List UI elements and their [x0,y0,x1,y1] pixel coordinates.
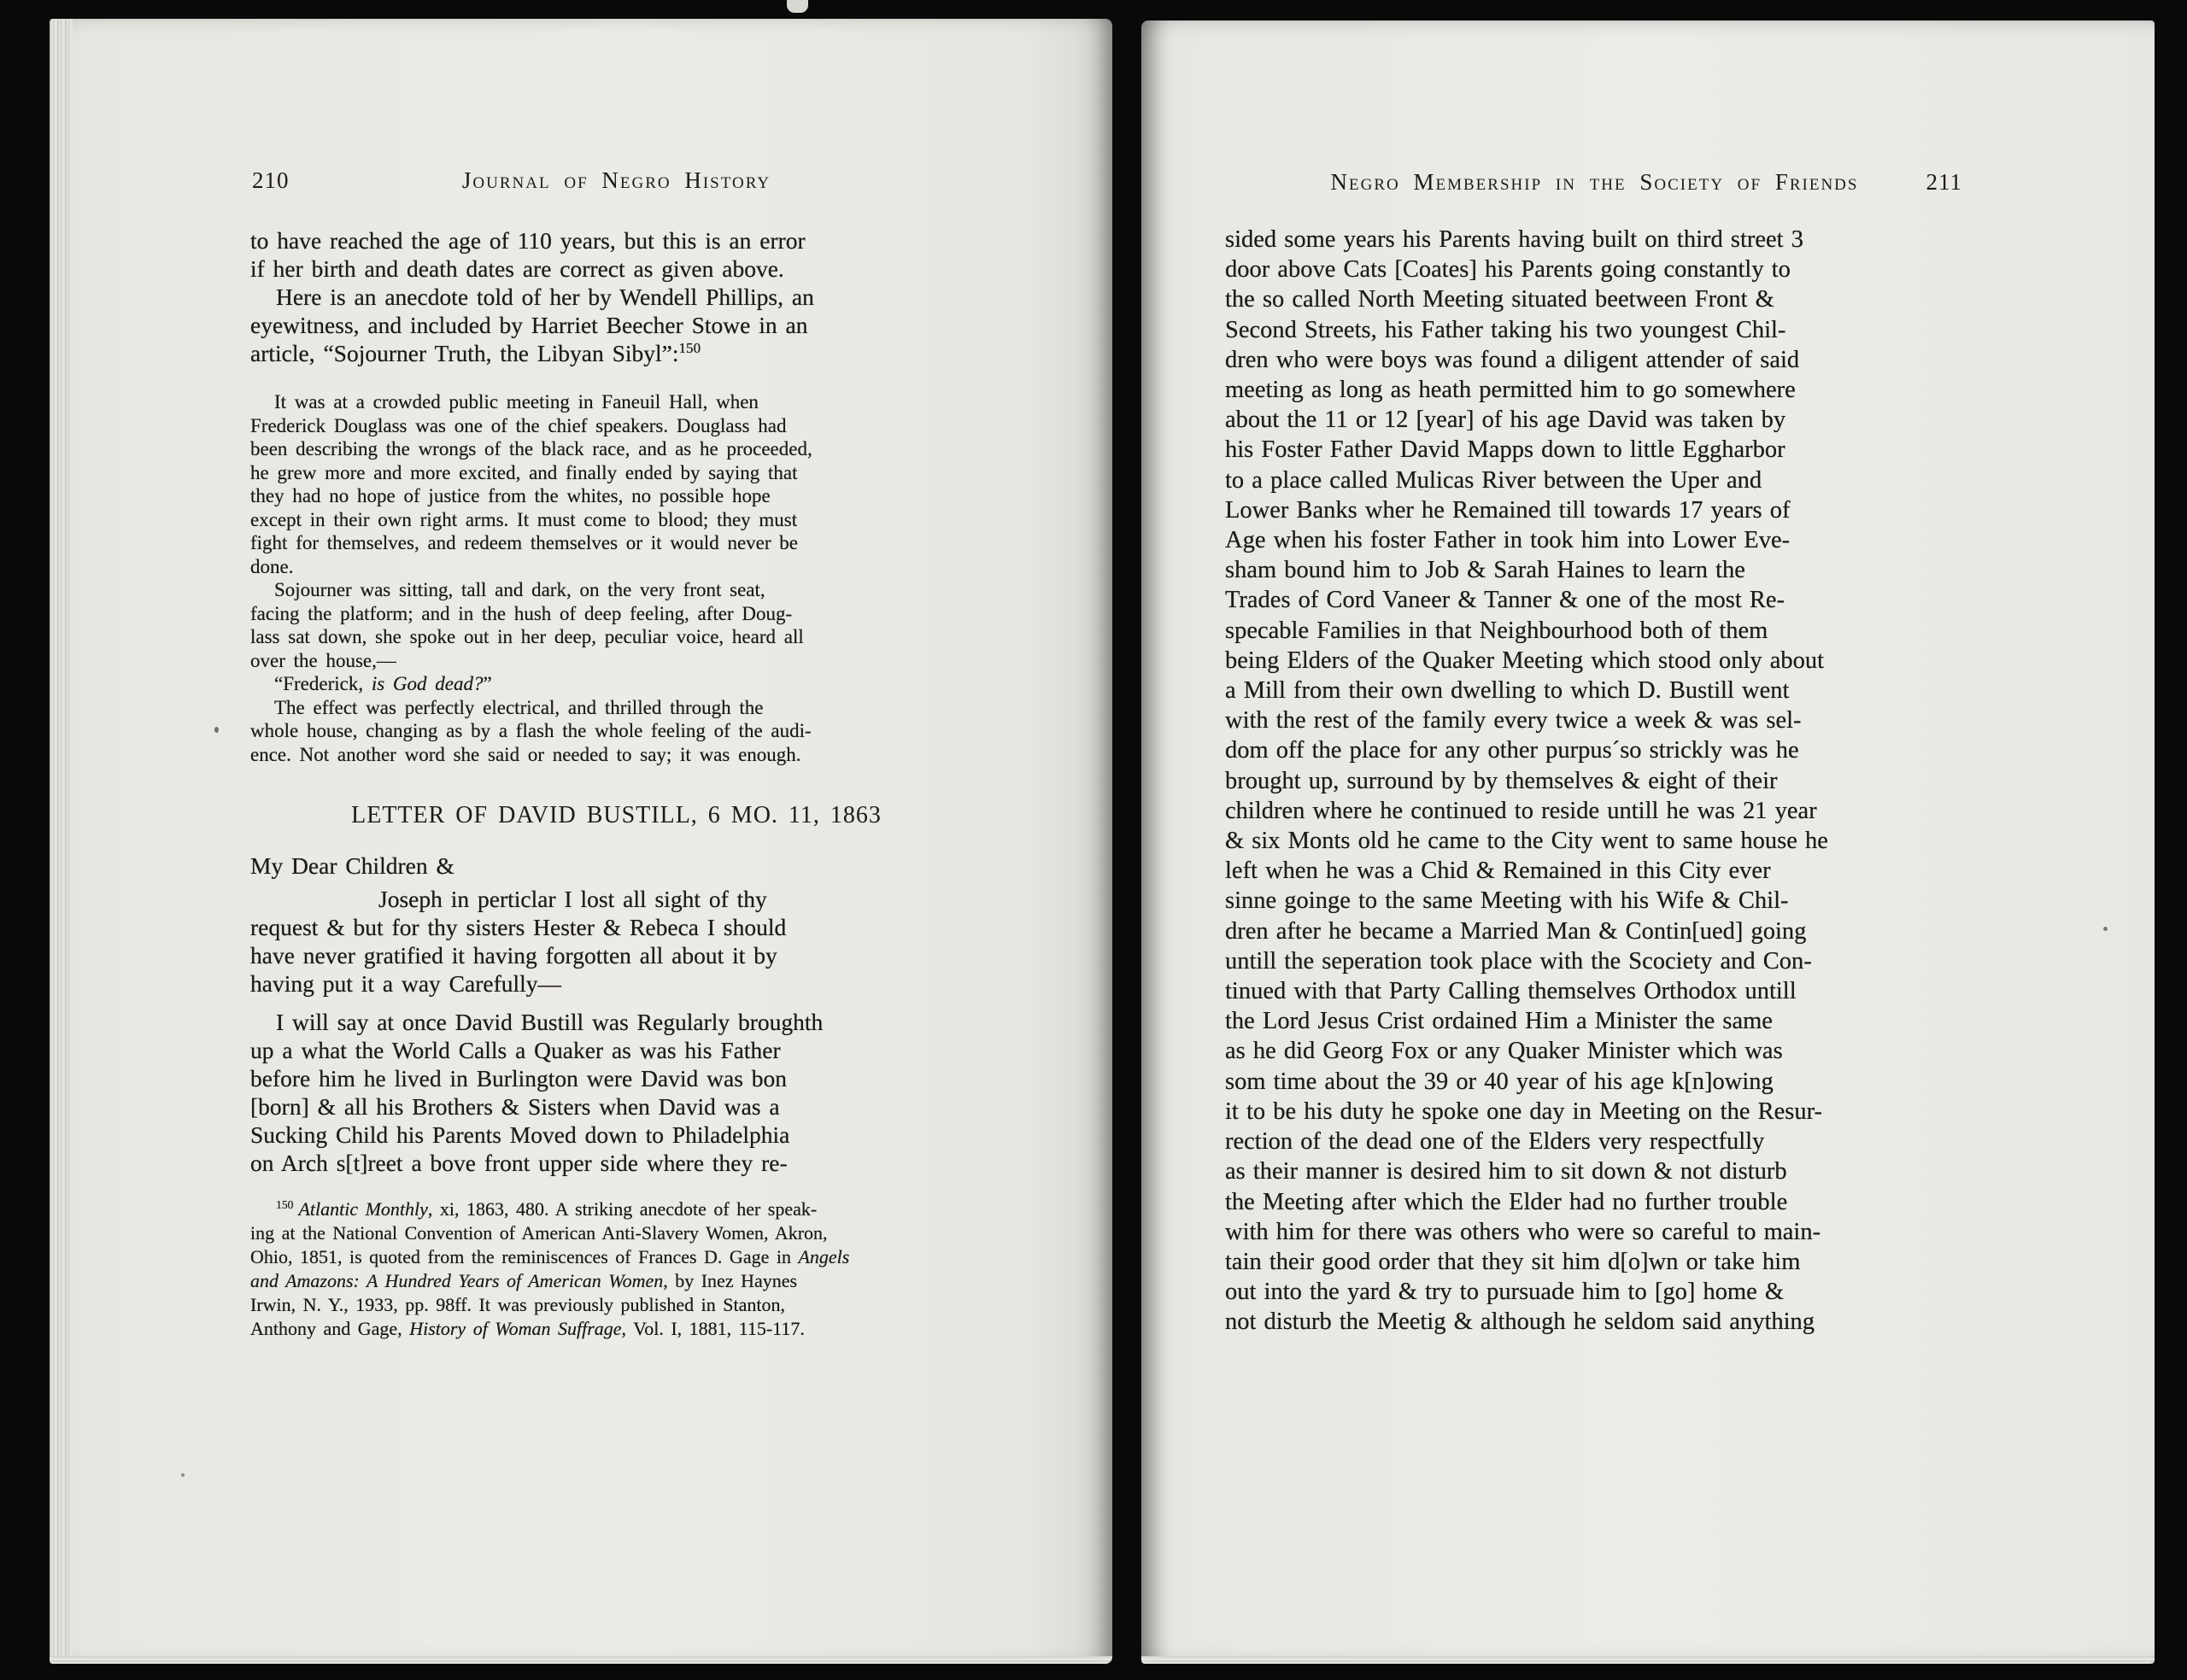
right-running-header-row: Negro Membership in the Society of Frien… [1225,168,1964,196]
page-edge-stack [50,19,73,1664]
quote-frederick-suffix: ” [484,673,492,694]
intro-paragraph-2-text: Here is an anecdote told of her by Wende… [250,284,814,366]
footnote-title-history-of-woman-suffrage: History of Woman Suffrage [409,1318,621,1339]
right-page: Negro Membership in the Society of Frien… [1141,20,2155,1664]
quote-frederick-italic: is God dead? [372,673,484,694]
letter-salutation: My Dear Children & [250,852,982,880]
dust-speck [181,1473,185,1477]
footnote-150: 150Atlantic Monthly, xi, 1863, 480. A st… [250,1197,982,1341]
right-page-body: sided some years his Parents having buil… [1225,225,1964,1338]
left-page-number: 210 [252,167,290,195]
footnote-text-3: , Vol. I, 1881, 115-117. [622,1318,805,1339]
left-page-content: 210 Journal of Negro History to have rea… [250,167,982,1341]
page-bottom-edge [1141,1656,2155,1664]
letter-heading: LETTER OF DAVID BUSTILL, 6 MO. 11, 1863 [250,801,982,829]
footnote-title-atlantic-monthly: Atlantic Monthly [298,1198,427,1220]
right-page-content: Negro Membership in the Society of Frien… [1225,168,1964,1338]
quote-paragraph-3: The effect was perfectly electrical, and… [250,696,982,767]
intro-paragraph-1: to have reached the age of 110 years, bu… [250,226,982,283]
right-running-header: Negro Membership in the Society of Frien… [1225,168,1964,196]
left-running-header-row: 210 Journal of Negro History [250,167,982,195]
quote-frederick-line: “Frederick, is God dead?” [250,672,982,696]
left-running-header: Journal of Negro History [250,167,982,195]
page-bottom-edge [50,1656,1112,1664]
dust-speck [2103,927,2108,931]
dust-speck [214,727,219,733]
block-quote: It was at a crowded public meeting in Fa… [250,390,982,766]
dust-speck [787,0,808,13]
footnote-reference-150: 150 [679,340,701,356]
quote-paragraph-2: Sojourner was sitting, tall and dark, on… [250,578,982,672]
footnote-marker: 150 [276,1198,293,1211]
left-page: 210 Journal of Negro History to have rea… [50,19,1112,1664]
book-scan-spread: 210 Journal of Negro History to have rea… [0,0,2187,1680]
letter-paragraph-1: Joseph in perticlar I lost all sight of … [250,885,982,998]
letter-paragraph-2: I will say at once David Bustill was Reg… [250,1008,982,1177]
quote-paragraph-1: It was at a crowded public meeting in Fa… [250,390,982,578]
quote-frederick-prefix: “Frederick, [274,673,372,694]
intro-paragraph-2: Here is an anecdote told of her by Wende… [250,283,982,367]
right-page-number: 211 [1926,168,1963,196]
